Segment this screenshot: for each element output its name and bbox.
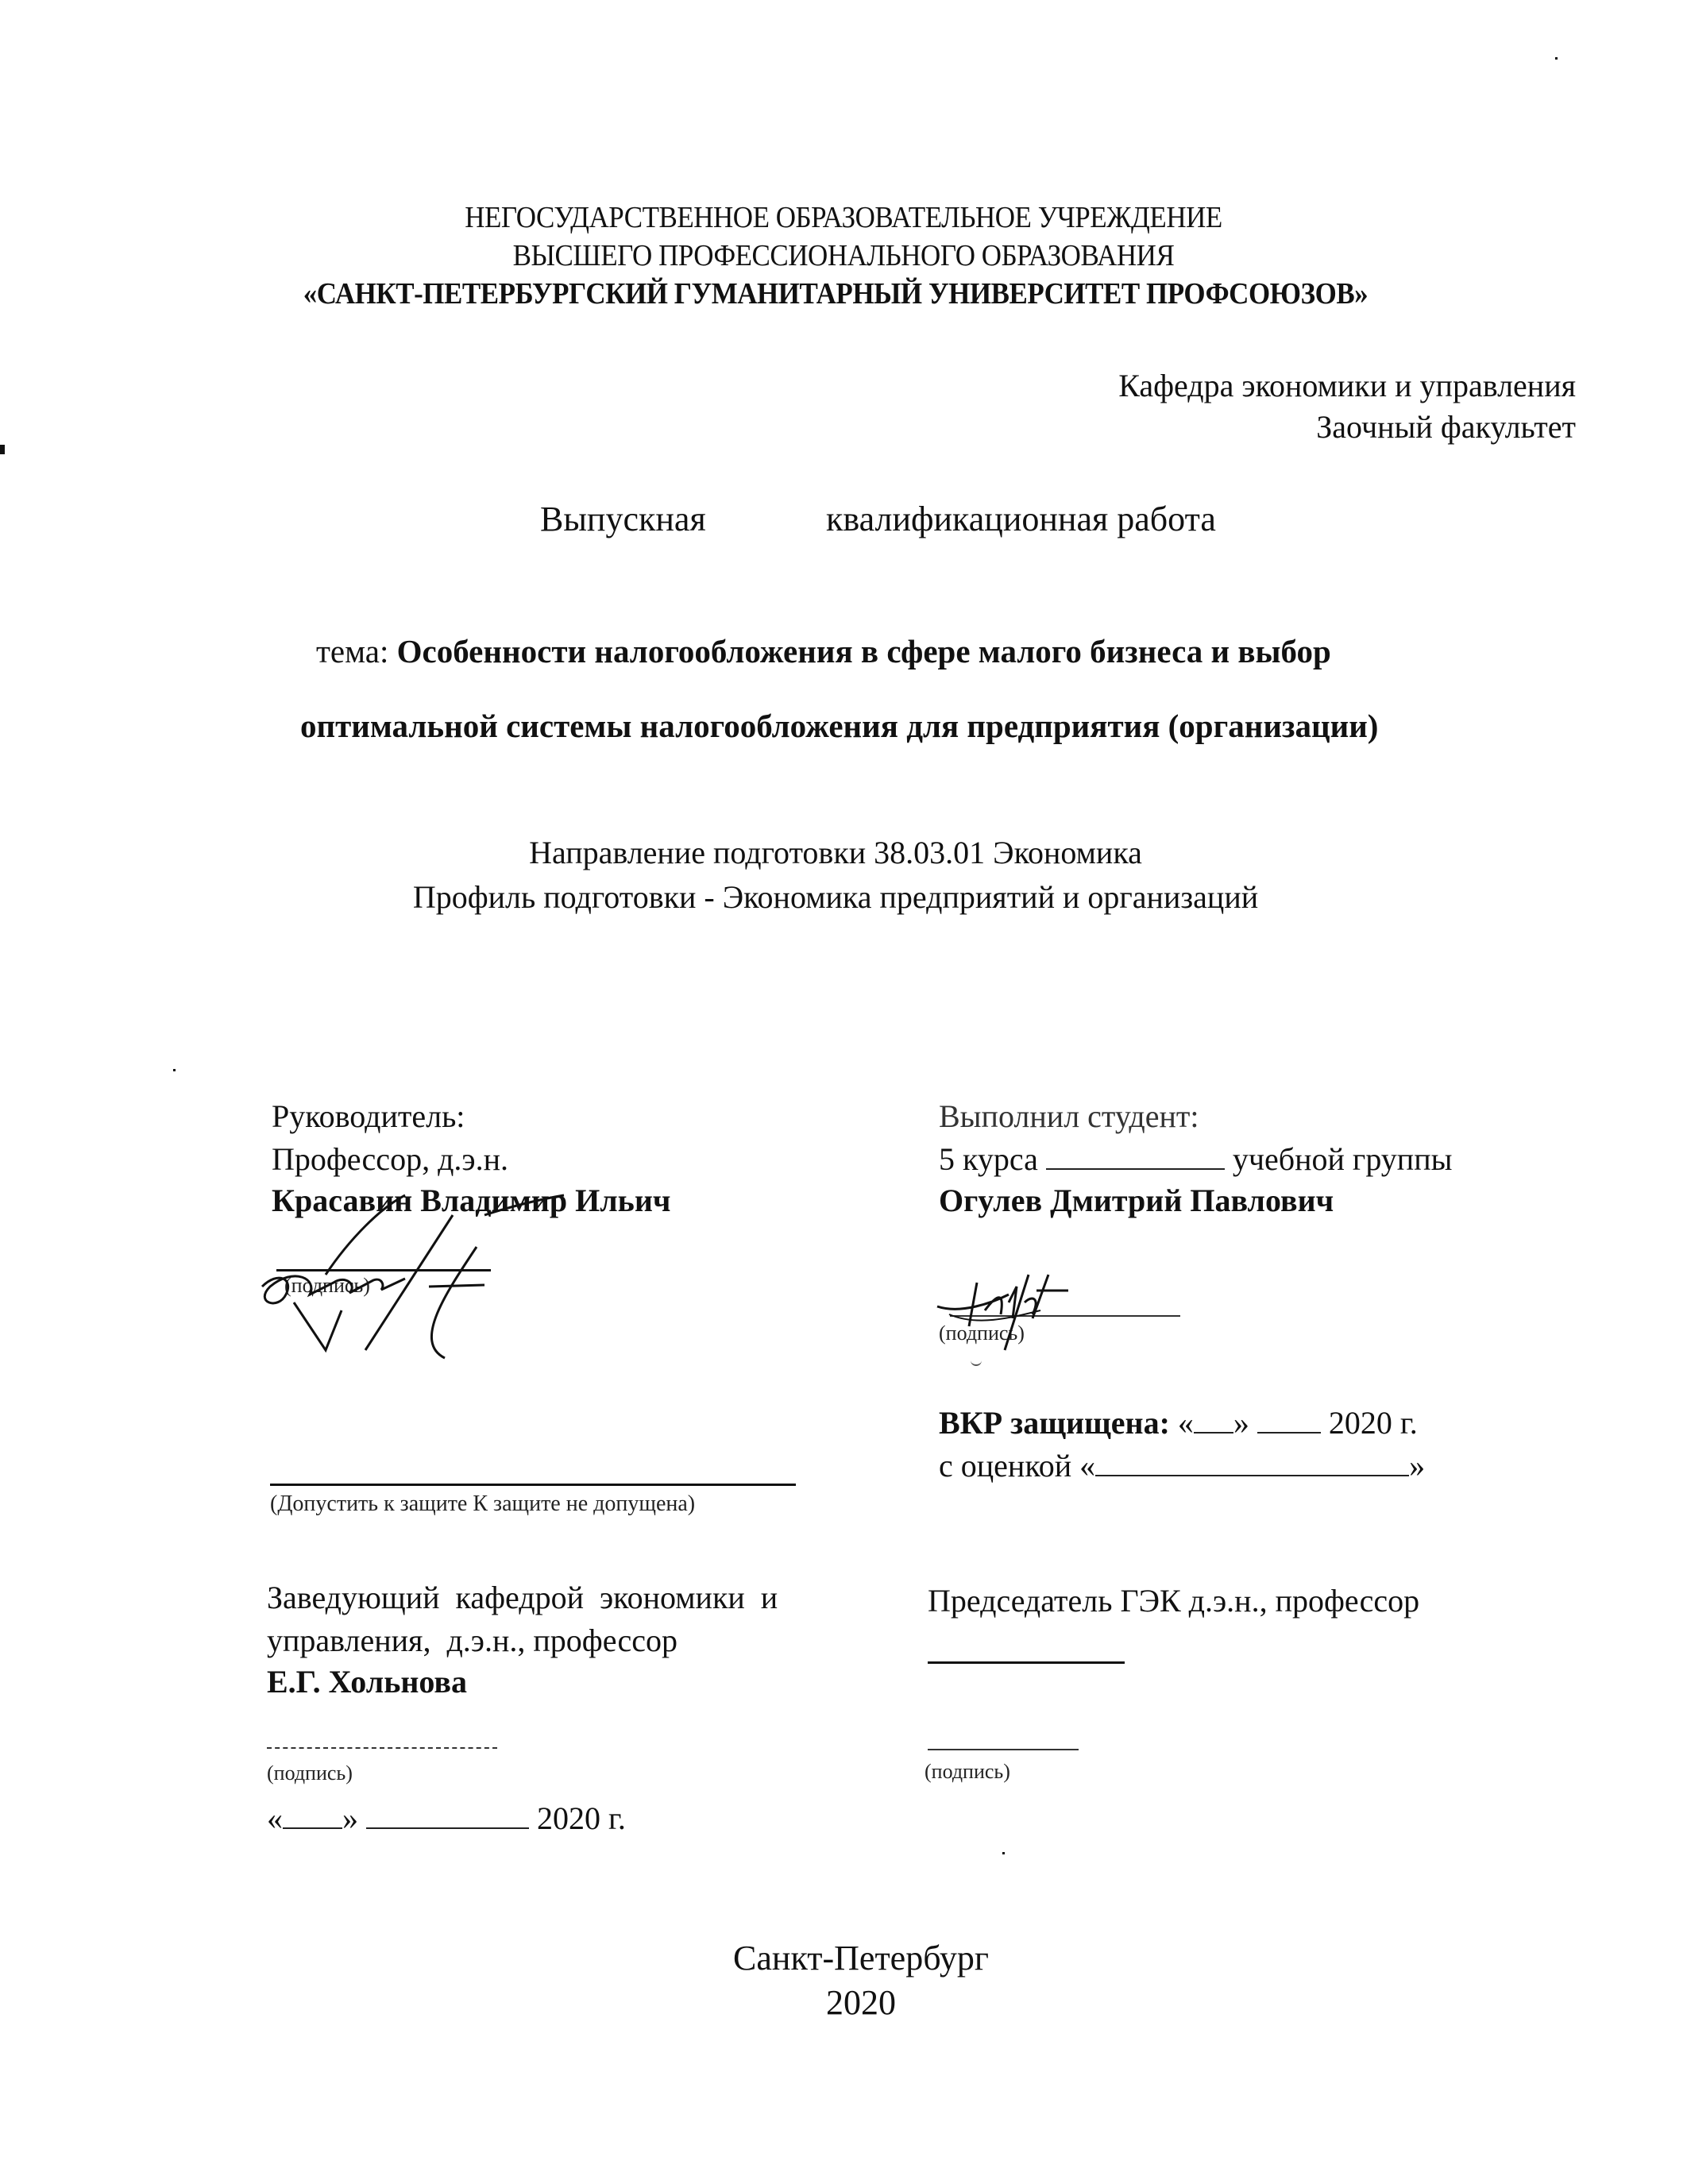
supervisor-label: Руководитель: <box>272 1096 465 1137</box>
defense-grade-row: с оценкой «» <box>939 1445 1425 1487</box>
head-day-open-quote: « <box>267 1800 283 1836</box>
defense-date-row: ВКР защищена: «» 2020 г. <box>939 1403 1418 1444</box>
supervisor-title: Профессор, д.э.н. <box>272 1139 508 1180</box>
gek-chair-title: Председатель ГЭК д.э.н., профессор <box>928 1580 1419 1622</box>
institution-type: НЕГОСУДАРСТВЕННОЕ ОБРАЗОВАТЕЛЬНОЕ УЧРЕЖД… <box>68 200 1619 235</box>
head-title-line1: Заведующий кафедрой экономики и <box>267 1577 778 1619</box>
head-date-row: «» 2020 г. <box>267 1798 626 1839</box>
student-course: 5 курса учебной группы <box>939 1139 1452 1180</box>
study-direction: Направление подготовки 38.03.01 Экономик… <box>0 832 1679 874</box>
scan-speck <box>1555 57 1558 60</box>
footer-city: Санкт-Петербург <box>17 1938 1687 1978</box>
defense-month-blank[interactable] <box>1257 1403 1321 1433</box>
work-type-word2: квалификационная работа <box>826 499 1216 539</box>
university-name: «САНКТ-ПЕТЕРБУРГСКИЙ ГУМАНИТАРНЫЙ УНИВЕР… <box>60 276 1612 311</box>
institution-level: ВЫСШЕГО ПРОФЕССИОНАЛЬНОГО ОБРАЗОВАНИЯ <box>68 238 1619 273</box>
grade-blank[interactable] <box>1095 1446 1409 1476</box>
gek-chair-name-line[interactable] <box>928 1661 1125 1664</box>
scan-speck <box>0 445 5 454</box>
study-profile: Профиль подготовки - Экономика предприят… <box>0 877 1679 918</box>
admission-decision-line[interactable] <box>270 1484 796 1486</box>
department-name: Кафедра экономики и управления <box>1118 365 1576 407</box>
stray-mark <box>971 1360 982 1366</box>
course-suffix: учебной группы <box>1233 1141 1453 1177</box>
head-date-year: 2020 г. <box>537 1800 626 1836</box>
defense-day-blank[interactable] <box>1194 1403 1233 1433</box>
topic-prefix: тема: <box>316 633 388 669</box>
work-type-word1: Выпускная <box>540 499 706 539</box>
admission-caption: (Допустить к защите К защите не допущена… <box>270 1491 695 1517</box>
gek-chair-signature-caption: (подпись) <box>925 1760 1010 1784</box>
topic-title-part1: Особенности налогообложения в сфере мало… <box>397 633 1331 669</box>
group-number-blank[interactable] <box>1046 1140 1225 1170</box>
head-signature-line[interactable] <box>267 1747 497 1749</box>
supervisor-signature-icon <box>246 1191 580 1366</box>
head-day-blank[interactable] <box>283 1799 342 1829</box>
scan-speck <box>1002 1852 1005 1854</box>
faculty-name: Заочный факультет <box>1316 407 1576 448</box>
head-title-line2: управления, д.э.н., профессор <box>267 1620 678 1661</box>
scan-speck <box>173 1069 176 1071</box>
head-day-close-quote: » <box>342 1800 358 1836</box>
student-label: Выполнил студент: <box>939 1096 1199 1137</box>
head-month-blank[interactable] <box>366 1799 529 1829</box>
student-name: Огулев Дмитрий Павлович <box>939 1180 1334 1221</box>
topic-title-part2: оптимальной системы налогообложения для … <box>300 707 1378 745</box>
gek-chair-signature-line[interactable] <box>928 1749 1079 1750</box>
course-prefix: 5 курса <box>939 1141 1038 1177</box>
head-signature-caption: (подпись) <box>267 1761 353 1785</box>
defense-day-open-quote: « <box>1178 1405 1194 1441</box>
defense-label: ВКР защищена: <box>939 1405 1170 1441</box>
defense-year: 2020 г. <box>1329 1405 1418 1441</box>
topic-line-1: тема: Особенности налогообложения в сфер… <box>316 632 1331 670</box>
grade-prefix: с оценкой « <box>939 1448 1095 1484</box>
defense-day-close-quote: » <box>1233 1405 1249 1441</box>
head-name: Е.Г. Хольнова <box>267 1661 467 1703</box>
grade-suffix: » <box>1409 1448 1425 1484</box>
student-signature-icon <box>929 1271 1120 1358</box>
footer-year: 2020 <box>17 1982 1687 2023</box>
